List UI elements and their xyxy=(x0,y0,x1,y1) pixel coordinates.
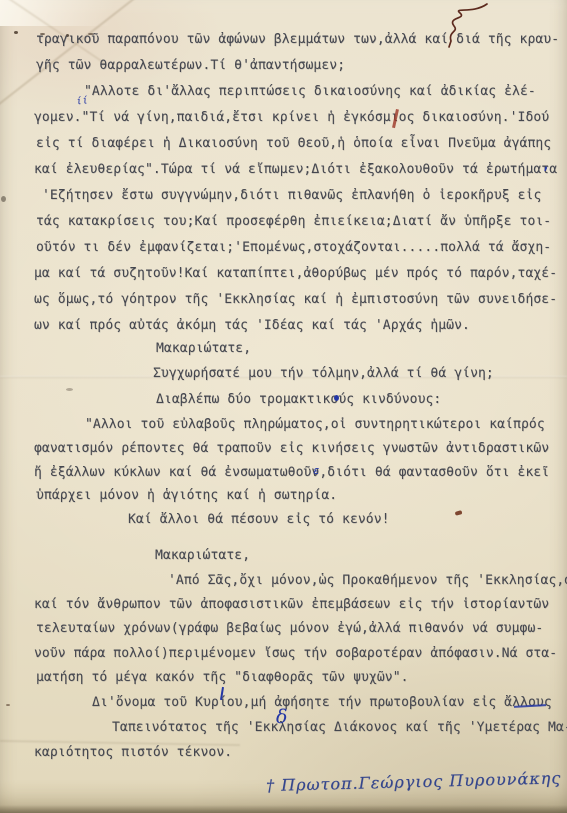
blue-double-accent-mark: ίί xyxy=(75,95,88,107)
typed-line: καριότητος πιστόν τέκνον. xyxy=(34,745,232,760)
salutation-line: Μακαριώτατε, xyxy=(156,341,251,356)
typed-line: ματήση τό μέγα κακόν τῆς "διαφθορᾶς τῶν … xyxy=(36,670,409,685)
typed-line: τελευταίων χρόνων(γράφω βεβαίως μόνον ἐγ… xyxy=(36,621,543,636)
typed-line: καί ἐλευθερίας".Τώρα τί νά εἴπωμεν;Διότι… xyxy=(34,162,557,177)
typed-line: μα καί τά συζητοῦν!Καί καταπίπτει,ἀθορύβ… xyxy=(34,266,557,281)
typed-line: νοῦν πάρα πολλοί)περιμένομεν ἴσως τήν σο… xyxy=(34,646,557,661)
typed-line: γῆς τῶν θαρραλεωτέρων.Τί θ'ἀπαντήσωμεν; xyxy=(36,58,345,73)
typed-line: ἤ ἐξάλλων κύκλων καί θά ἐνσωματωθοῦν,διό… xyxy=(34,465,549,480)
margin-smudge xyxy=(66,388,73,391)
typed-line: 'Εζήτησεν ἔστω συγγνώμην,διότι πιθανῶς ἐ… xyxy=(42,188,541,203)
staple-speck xyxy=(14,31,18,34)
blue-comma-mark: , xyxy=(542,158,550,173)
typed-line: Ταπεινότατος τῆς 'Εκκλησίας Διάκονος καί… xyxy=(112,720,567,735)
typed-line: Διαβλέπω δύο τρομακτικούς κινδύνους: xyxy=(156,392,441,407)
red-speck-mark xyxy=(455,510,463,515)
handwritten-signature: † Πρωτοπ.Γεώργιος Πυρουνάκης . xyxy=(266,768,567,795)
ink-squiggle-icon xyxy=(423,0,497,54)
typed-line: "Αλλοι τοῦ εὐλαβοῦς πληρώματος,οἱ συντηρ… xyxy=(85,417,545,432)
typed-line: Καί ἄλλοι θά πέσουν εἰς τό κενόν! xyxy=(128,512,390,527)
typed-line: ὑπάρχει μόνον ἡ ἁγιότης καί ἡ σωτηρία. xyxy=(36,488,337,503)
typed-line: "Αλλοτε δι'ἄλλας περιπτώσεις δικαιοσύνης… xyxy=(84,84,536,99)
typed-line: τάς κατακρίσεις του;Καί προσεφέρθη ἐπιεί… xyxy=(36,214,551,229)
typed-line: Συγχωρήσατέ μου τήν τόλμην,ἀλλά τί θά γί… xyxy=(153,366,494,381)
typed-line: εἰς τί διαφέρει ἡ Δικαιοσύνη τοῦ Θεοῦ,ἡ … xyxy=(36,136,551,151)
scanned-letter-page: τραγικοῦ παραπόνου τῶν ἀφώνων βλεμμάτων … xyxy=(0,0,567,813)
typed-line: ων καί πρός αὐτάς ἀκόμη τάς 'Ιδέας καί τ… xyxy=(34,318,470,333)
margin-speck xyxy=(6,704,10,706)
scan-bottom-shadow xyxy=(0,805,567,813)
typed-line: ως ὅμως,τό γόητρον τῆς 'Εκκλησίας καί ἡ … xyxy=(34,292,557,307)
salutation-line: Μακαριώτατε, xyxy=(155,548,250,563)
blue-epsilon-insert-mark: ε xyxy=(313,464,320,477)
typed-line: γομεν."Τί νά γίνη,παιδιά,ἔτσι κρίνει ἡ ἐ… xyxy=(34,110,549,125)
margin-speck xyxy=(1,196,6,202)
blue-delta-overwrite-mark: δ xyxy=(276,706,287,728)
blue-ink-blot xyxy=(334,395,339,401)
typed-line: οῦτόν τι δέν ἐμφανίζεται;'Επομένως,στοχά… xyxy=(36,240,551,255)
typed-line: φανατισμόν ρέποντες θά τραποῦν εἰς κινήσ… xyxy=(34,441,549,456)
typed-line: Δι'ὄνομα τοῦ Κυρίου,μή ἀφήσητε τήν πρωτο… xyxy=(92,695,552,710)
typed-line: καί τόν ἄνθρωπον τῶν ἀποφασιστικῶν ἐπεμβ… xyxy=(34,597,549,612)
typed-line: 'Από Σᾶς,ὄχι μόνον,ὡς Προκαθήμενον τῆς '… xyxy=(168,573,567,588)
